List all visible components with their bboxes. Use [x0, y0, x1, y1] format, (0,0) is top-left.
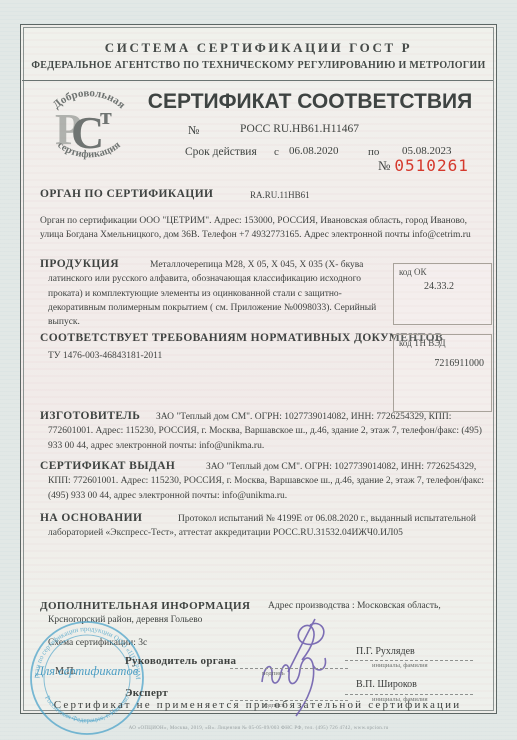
disclaimer-line: Сертификат не применяется при обязательн… — [22, 699, 493, 711]
additional-info-label: ДОПОЛНИТЕЛЬНАЯ ИНФОРМАЦИЯ — [40, 600, 250, 612]
production-address-line1: Адрес производства : Московская область, — [268, 601, 441, 611]
head-of-body-label: Руководитель органа — [125, 655, 236, 667]
printer-imprint: АО «ОПЦИОН», Москва, 2019, «В». Лицензия… — [0, 726, 517, 731]
number-value: РОСС RU.НВ61.Н11467 — [240, 123, 359, 135]
certification-body-label: ОРГАН ПО СЕРТИФИКАЦИИ — [40, 188, 213, 200]
serial-number-digits: 0510261 — [394, 156, 468, 175]
compliance-standard: ТУ 1476-003-46843181-2011 — [48, 351, 162, 361]
head-name: П.Г. Рухлядев — [356, 646, 415, 657]
ok-code-label: код ОК — [394, 264, 491, 277]
system-title: СИСТЕМА СЕРТИФИКАЦИИ ГОСТ Р — [20, 40, 497, 56]
expert-name-line — [345, 694, 473, 695]
certificate-title: СЕРТИФИКАТ СООТВЕТСТВИЯ — [130, 90, 490, 114]
head-name-line — [345, 660, 473, 661]
tnved-code-value: 7216911000 — [394, 358, 491, 369]
round-stamp-icon: Орган по сертификации продукции ООО «ЦЕТ… — [24, 618, 150, 740]
validity-label: Срок действия — [185, 146, 257, 158]
head-signature-line — [230, 668, 348, 669]
ok-code-box: код ОК 24.33.2 — [393, 263, 492, 325]
tnved-code-label: код ТН ВЭД — [394, 335, 491, 348]
header-divider — [22, 80, 493, 81]
stamp-center-text: Для сертификатов — [35, 664, 139, 678]
agency-title: ФЕДЕРАЛЬНОЕ АГЕНТСТВО ПО ТЕХНИЧЕСКОМУ РЕ… — [20, 60, 497, 71]
ok-code-value: 24.33.2 — [424, 281, 491, 292]
certificate-page: СИСТЕМА СЕРТИФИКАЦИИ ГОСТ Р ФЕДЕРАЛЬНОЕ … — [0, 0, 517, 740]
issued-to-text: ЗАО "Теплый дом СМ". ОГРН: 1027739014082… — [48, 460, 492, 503]
tnved-code-box: код ТН ВЭД 7216911000 — [393, 334, 492, 412]
blank-serial-number: № 0510261 — [378, 156, 469, 175]
compliance-label: СООТВЕТСТВУЕТ ТРЕБОВАНИЯМ НОРМАТИВНЫХ ДО… — [40, 332, 443, 344]
head-name-caption: инициалы, фамилия — [372, 662, 428, 669]
rst-logo-icon: Добровольная сертификация Р С т — [38, 86, 140, 170]
head-signature-caption: подпись — [262, 670, 285, 677]
certification-body-text: Орган по сертификации ООО "ЦЕТРИМ". Адре… — [40, 214, 482, 243]
serial-number-sign: № — [378, 158, 390, 173]
logo-mark-t: т — [100, 104, 112, 130]
product-text: Металлочерепица М28, Х 05, Х 045, Х 035 … — [48, 258, 386, 329]
manufacturer-text: ЗАО "Теплый дом СМ". ОГРН: 1027739014082… — [48, 410, 492, 453]
basis-text: Протокол испытаний № 4199Е от 06.08.2020… — [48, 512, 478, 541]
validity-from-label: с — [274, 146, 279, 158]
expert-label: Эксперт — [125, 687, 168, 699]
number-label: № — [188, 123, 199, 138]
validity-from-date: 06.08.2020 — [289, 145, 339, 157]
expert-name: В.П. Широков — [356, 679, 417, 690]
certification-body-code: RA.RU.11НВ61 — [250, 190, 310, 200]
